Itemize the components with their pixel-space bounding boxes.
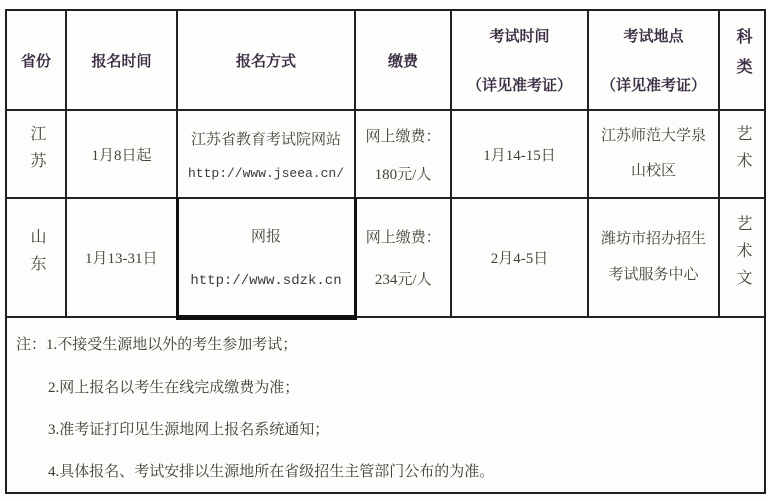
exam-time-text: 2月4-5日 [491, 251, 549, 267]
cell-category: 艺术文 [719, 198, 764, 317]
cell-reg-method: 江苏省教育考试院网站 http://www.jseea.cn/ [177, 110, 355, 198]
cell-reg-method-highlighted: 网报 http://www.sdzk.cn [177, 198, 355, 317]
header-exam-time: 考试时间 （详见准考证） [451, 11, 588, 110]
notes-section: 注：1.不接受生源地以外的考生参加考试； 2.网上报名以考生在线完成缴费为准； … [7, 317, 764, 481]
cell-exam-location: 江苏师范大学泉山校区 [588, 110, 719, 198]
fee-line1: 网上缴费： [356, 125, 450, 146]
cell-fee: 网上缴费： 180元/人 [355, 110, 451, 198]
header-fee-label: 缴费 [388, 53, 418, 70]
cell-fee: 网上缴费： 234元/人 [355, 198, 451, 317]
note-1: 注：1.不接受生源地以外的考生参加考试； [16, 337, 764, 354]
note-3: 3.准考证打印见生源地网上报名系统通知； [48, 422, 764, 439]
note-4: 4.具体报名、考试安排以生源地所在省级招生主管部门公布的为准。 [48, 464, 764, 481]
header-exam-location: 考试地点 （详见准考证） [588, 11, 719, 110]
header-reg-time-label: 报名时间 [91, 53, 151, 70]
fee-line1: 网上缴费： [357, 226, 451, 247]
page: 省份 报名时间 报名方式 缴费 考试时间 （详见准考证） 考试地点 （详见准考证 [0, 0, 768, 501]
cell-province: 山东 [7, 198, 66, 317]
header-exam-time-line1: 考试时间 [452, 25, 587, 46]
reg-method-url: http://www.jseea.cn/ [178, 166, 354, 181]
cell-reg-time: 1月13-31日 [66, 198, 177, 317]
header-reg-time: 报名时间 [66, 11, 177, 110]
cell-reg-time: 1月8日起 [66, 110, 177, 198]
category-text: 艺术 [734, 125, 750, 179]
reg-time-text: 1月8日起 [91, 148, 151, 164]
cell-province: 江苏 [7, 110, 66, 198]
reg-method-url: http://www.sdzk.cn [179, 273, 354, 289]
cell-category: 艺术 [719, 110, 764, 198]
header-province-label: 省份 [21, 53, 51, 70]
header-category-label: 科类 [734, 28, 750, 88]
table-frame: 省份 报名时间 报名方式 缴费 考试时间 （详见准考证） 考试地点 （详见准考证 [5, 9, 766, 494]
header-reg-method: 报名方式 [177, 11, 355, 110]
exam-location-text: 潍坊市招办招生考试服务中心 [594, 222, 713, 293]
header-row: 省份 报名时间 报名方式 缴费 考试时间 （详见准考证） 考试地点 （详见准考证 [7, 11, 764, 110]
header-exam-time-line2: （详见准考证） [452, 74, 587, 95]
fee-line2: 234元/人 [357, 268, 451, 289]
header-fee: 缴费 [355, 11, 451, 110]
reg-time-text: 1月13-31日 [85, 251, 158, 267]
cell-exam-time: 2月4-5日 [451, 198, 588, 317]
header-reg-method-label: 报名方式 [236, 53, 296, 70]
table-row-jiangsu: 江苏 1月8日起 江苏省教育考试院网站 http://www.jseea.cn/… [7, 110, 764, 198]
exam-location-text: 江苏师范大学泉山校区 [594, 119, 713, 190]
fee-line2: 180元/人 [356, 163, 450, 184]
cell-exam-location: 潍坊市招办招生考试服务中心 [588, 198, 719, 317]
notes-row: 注：1.不接受生源地以外的考生参加考试； 2.网上报名以考生在线完成缴费为准； … [7, 317, 764, 481]
reg-method-site-name: 江苏省教育考试院网站 [178, 128, 354, 149]
province-text: 江苏 [28, 125, 44, 179]
exam-schedule-table: 省份 报名时间 报名方式 缴费 考试时间 （详见准考证） 考试地点 （详见准考证 [7, 11, 764, 481]
province-text: 山东 [28, 228, 44, 282]
header-exam-location-line2: （详见准考证） [589, 74, 718, 95]
header-exam-location-line1: 考试地点 [589, 25, 718, 46]
table-row-shandong: 山东 1月13-31日 网报 http://www.sdzk.cn 网上缴费： … [7, 198, 764, 317]
cell-exam-time: 1月14-15日 [451, 110, 588, 198]
header-province: 省份 [7, 11, 66, 110]
category-text: 艺术文 [734, 215, 750, 296]
note-2: 2.网上报名以考生在线完成缴费为准； [48, 380, 764, 397]
reg-method-site-name: 网报 [179, 225, 354, 246]
header-category: 科类 [719, 11, 764, 110]
exam-time-text: 1月14-15日 [483, 148, 556, 164]
